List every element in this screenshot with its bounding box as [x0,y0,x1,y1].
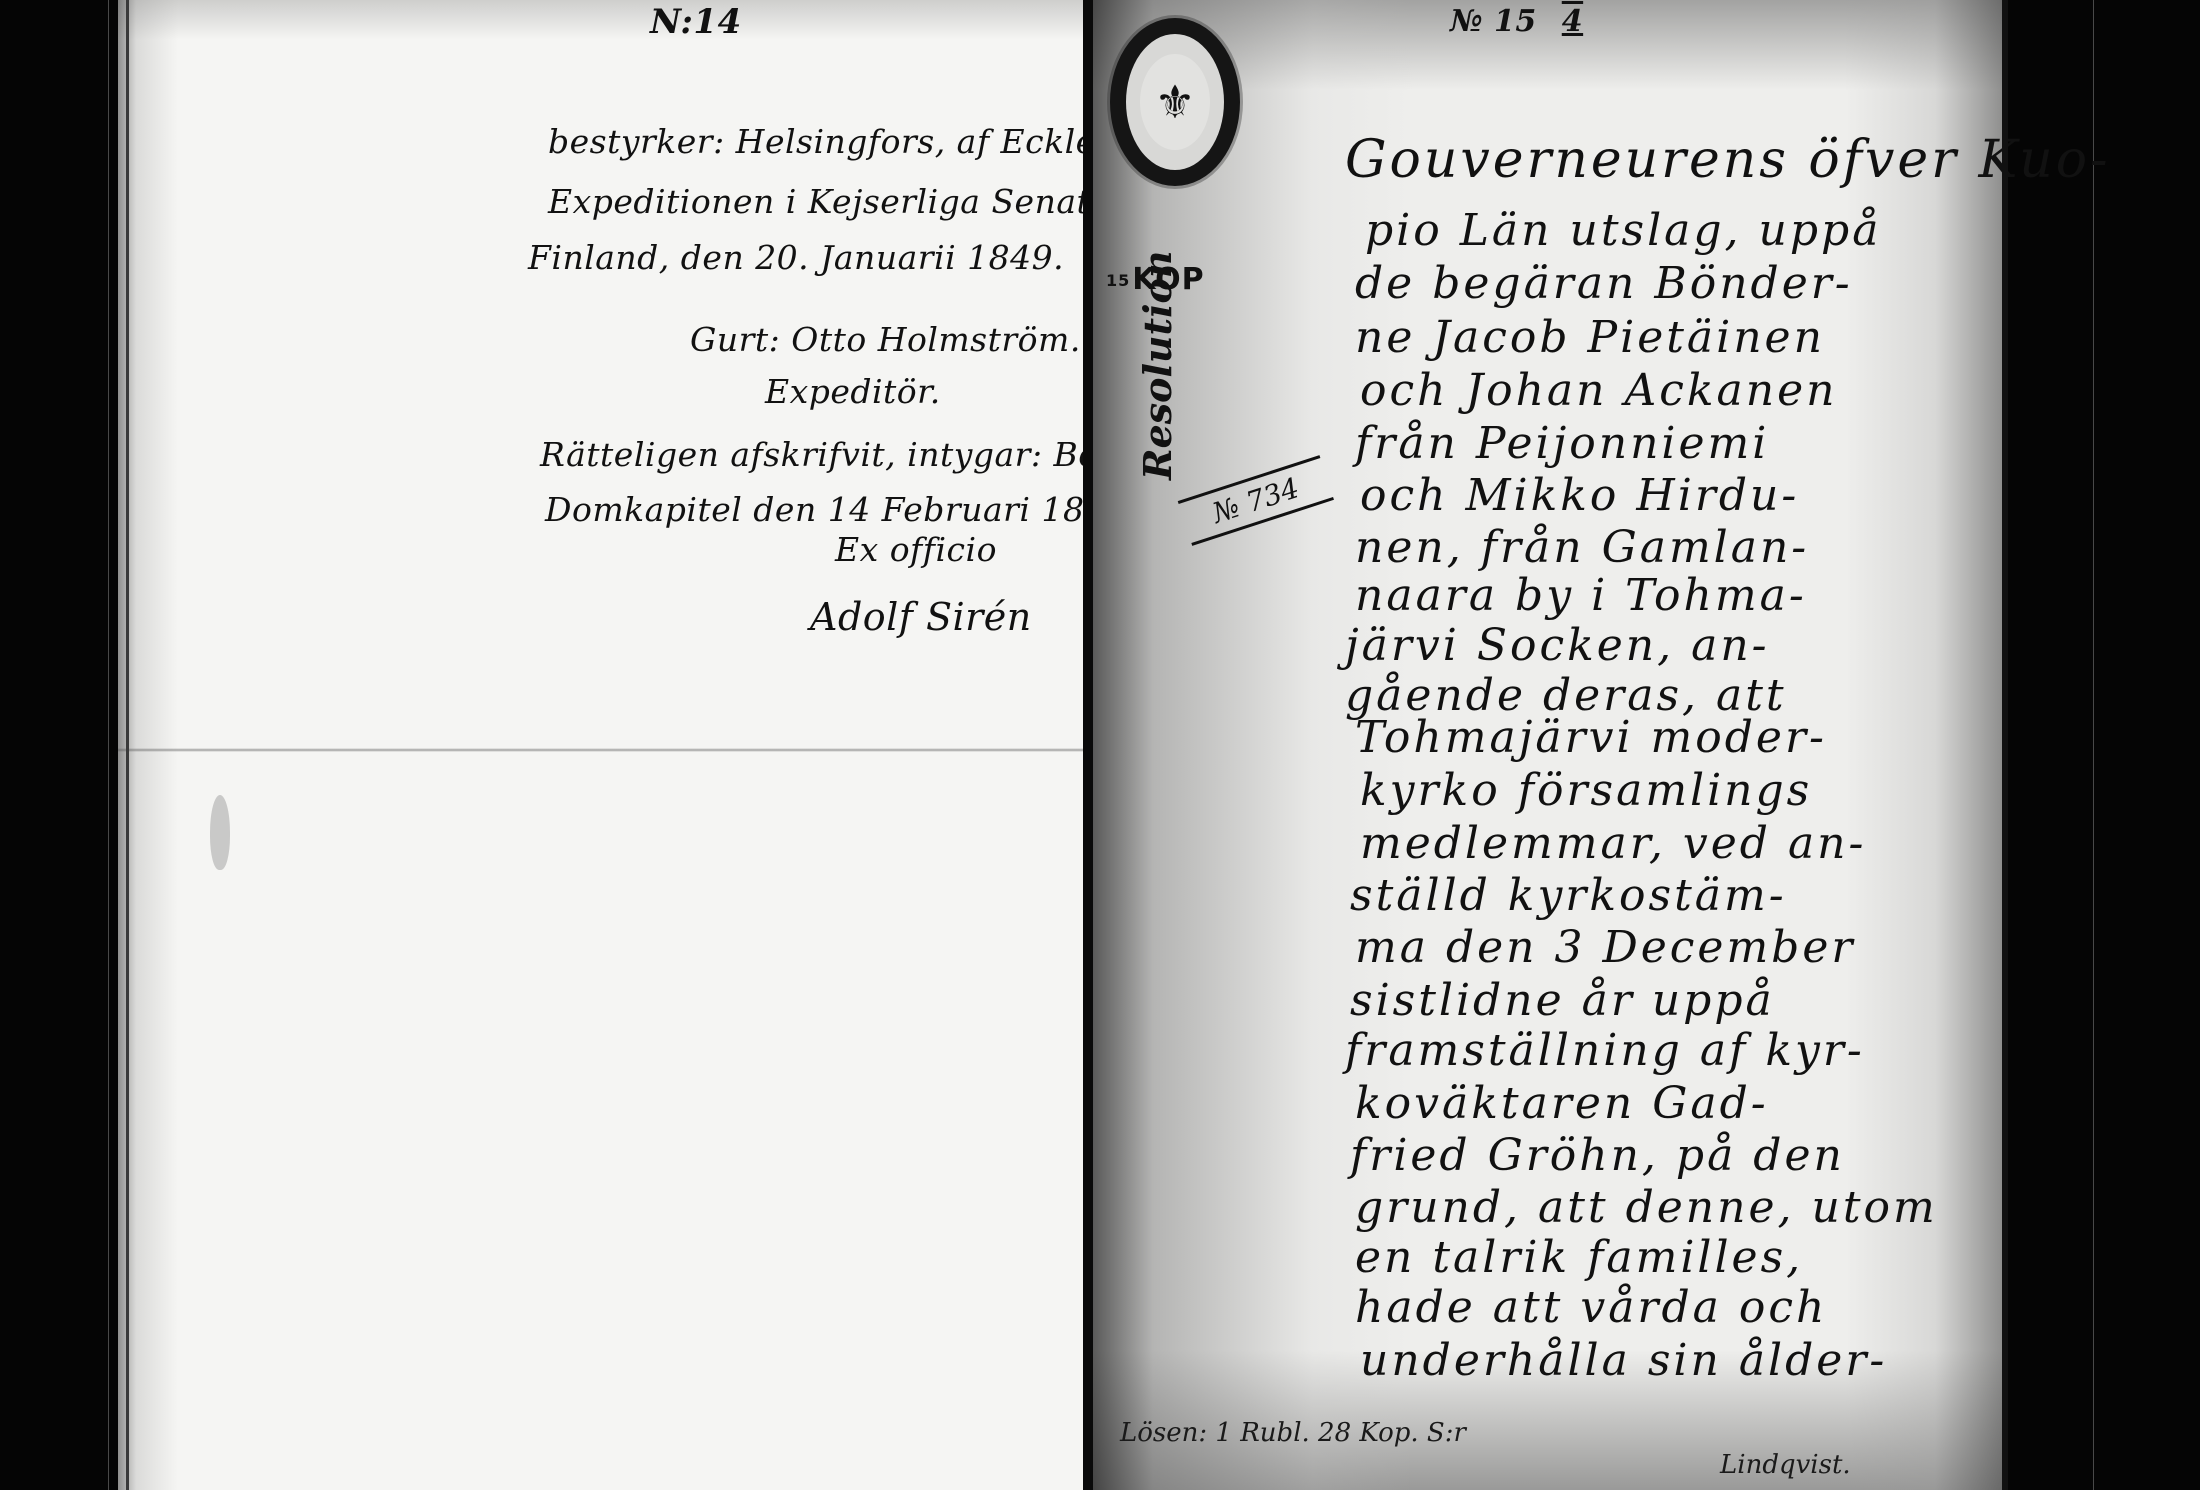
right-text-line: fried Gröhn, på den [1350,1130,1845,1181]
right-text-line: Gouverneurens öfver Kuo- [1345,130,2111,190]
right-text-line: ne Jacob Pietäinen [1355,312,1825,363]
right-text-line: medlemmar, ved an- [1360,818,1866,869]
film-scratch [2093,0,2094,1490]
stamp-price-number: 15 [1106,271,1130,290]
ex-officio-text: Ex officio [835,530,997,569]
page-edge [2002,0,2008,1490]
right-text-line: från Peijonniemi [1355,418,1769,469]
right-text-line: koväktaren Gad- [1355,1078,1769,1129]
certification-line: Domkapitel den 14 Februari 1849. [545,490,1138,529]
left-folio-number: N:14 [650,2,742,42]
ink-smudge [210,795,230,870]
left-page [118,0,1085,1490]
fee-note: Lösen: 1 Rubl. 28 Kop. S:r [1120,1418,1466,1448]
right-text-line: pio Län utslag, uppå [1365,205,1881,256]
right-text-line: de begäran Bönder- [1355,258,1853,309]
right-text-line: sistlidne år uppå [1350,975,1775,1026]
right-text-line: hade att vårda och [1355,1282,1827,1333]
right-text-line: järvi Socken, an- [1345,620,1770,671]
folio-suffix: 4 [1562,4,1583,39]
right-text-line: och Mikko Hirdu- [1360,470,1799,521]
right-text-line: nen, från Gamlan- [1355,522,1809,573]
right-text-line: framställning af kyr- [1345,1025,1865,1076]
paper-fold-line [118,748,1085,752]
right-text-line: kyrko församlings [1360,765,1812,816]
right-text-line: underhålla sin ålder- [1360,1335,1887,1386]
right-text-line: en talrik familles, [1355,1232,1803,1283]
film-scratch [108,0,109,1490]
signatory-name: Gurt: Otto Holmström. [690,320,1081,359]
vertical-resolution-stamp: Resolution [1135,250,1180,480]
page-edge [126,0,129,1490]
right-text-line: och Johan Ackanen [1360,365,1838,416]
left-text-line: Finland, den 20. Januarii 1849. [528,238,1064,277]
signatory-title: Expeditör. [765,372,941,411]
right-text-line: Tohmajärvi moder- [1355,712,1827,763]
right-folio-number: № 15 4 [1450,4,1583,39]
certification-line: Rätteligen afskrifvit, intygar: Borgå [540,435,1157,474]
clerk-signature: Lindqvist. [1720,1450,1851,1480]
signature: Adolf Sirén [810,595,1032,639]
right-text-line: naara by i Tohma- [1355,570,1807,621]
right-text-line: ma den 3 December [1355,922,1855,973]
stamp-seal: ⚜ [1110,18,1240,186]
folio-number-text: № 15 [1450,4,1537,39]
right-text-line: ställd kyrkostäm- [1350,870,1787,921]
imperial-seal-icon: ⚜ [1140,54,1210,150]
right-text-line: grund, att denne, utom [1355,1182,1938,1233]
